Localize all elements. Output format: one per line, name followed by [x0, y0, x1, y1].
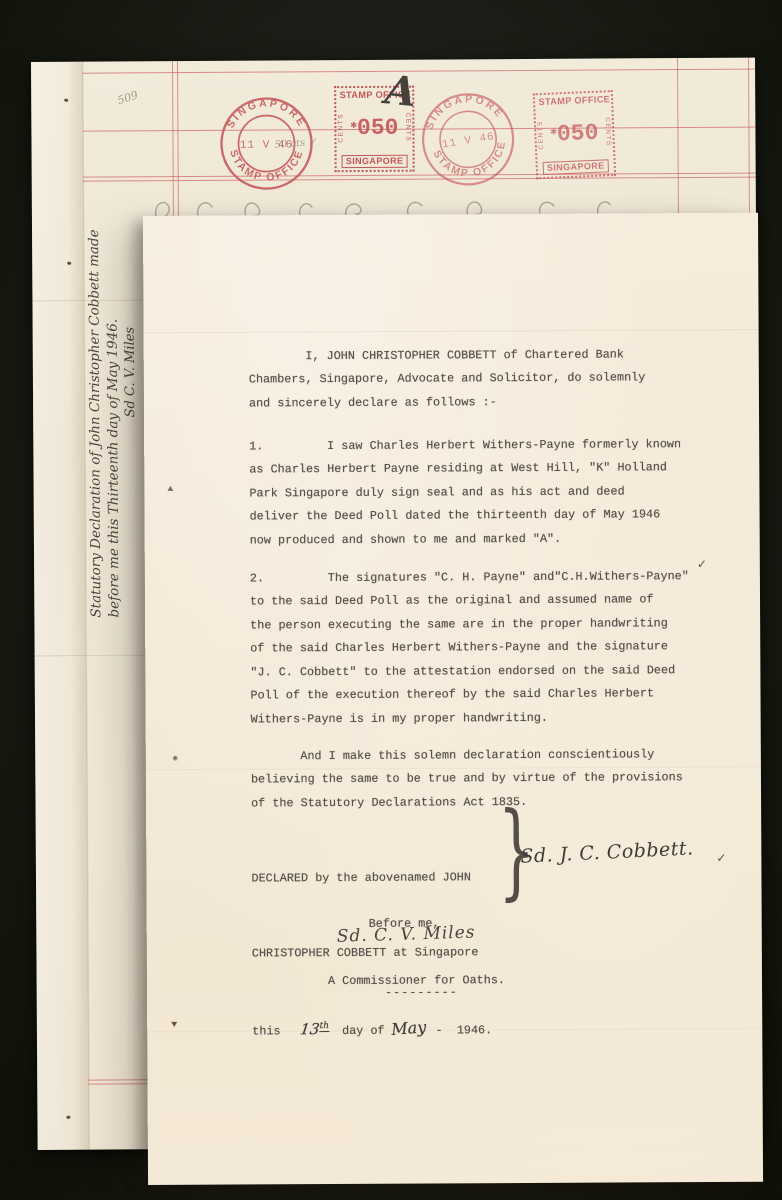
- pen-check-mark: ✓: [697, 557, 707, 571]
- attestation-year: - 1946.: [436, 1018, 493, 1043]
- attestation-day-of: day of: [342, 1019, 385, 1044]
- meter-footer: SINGAPORE: [342, 155, 408, 168]
- svg-text:SINGAPORE: SINGAPORE: [224, 97, 308, 130]
- ruled-line-horizontal: [82, 69, 755, 74]
- ink-tick: [171, 1022, 177, 1027]
- closing-paragraph: And I make this solemn declaration consc…: [251, 743, 683, 816]
- handwritten-day: 13: [299, 1017, 321, 1042]
- stamp-date: 11 V 46: [441, 131, 495, 151]
- pen-check-mark: ✓: [716, 851, 726, 865]
- ink-speck: [64, 99, 68, 102]
- handwritten-day-suffix: th: [320, 1022, 329, 1032]
- declaration-page: I, JOHN CHRISTOPHER COBBETT of Chartered…: [143, 213, 763, 1185]
- meter-amount: 050: [556, 120, 598, 148]
- paragraph-1: 1. I saw Charles Herbert Withers-Payne f…: [249, 433, 681, 553]
- signature-rule: ---------: [385, 981, 458, 1005]
- exhibit-mark-a: A: [383, 70, 418, 113]
- pencil-tick: [167, 486, 173, 491]
- meter-amount: 050: [357, 115, 399, 141]
- margin-annotation: Statutory Declaration of John Christophe…: [85, 235, 141, 617]
- meter-stamp-2: STAMP OFFICE CENTS ✱050 CENTS SINGAPORE: [533, 90, 616, 179]
- date-stamp-2: SINGAPORE STAMP OFFICE 11 V 46: [413, 84, 524, 199]
- ink-speck: [67, 262, 71, 265]
- meter-footer: SINGAPORE: [543, 159, 609, 175]
- meter-cents-left: CENTS: [338, 113, 346, 143]
- attestation-line1: DECLARED by the abovenamed JOHN: [251, 864, 681, 891]
- meter-cents-right: CENTS: [402, 113, 410, 143]
- pencil-number: 509: [116, 88, 140, 107]
- ink-speck: [66, 1116, 70, 1119]
- attestation-line2: CHRISTOPHER COBBETT at Singapore: [252, 939, 682, 966]
- opening-paragraph: I, JOHN CHRISTOPHER COBBETT of Chartered…: [249, 343, 646, 416]
- stamp-arc-top: SINGAPORE: [224, 97, 308, 130]
- pinhole: [173, 756, 178, 761]
- meter-value: ✱050: [350, 115, 398, 141]
- paper-crease: [144, 329, 759, 335]
- ruled-line-horizontal: [83, 177, 756, 182]
- binding-stub: [31, 62, 89, 1150]
- handwritten-month: May: [391, 1014, 428, 1042]
- margin-note-signature: Sd C. V. Miles: [121, 235, 141, 617]
- margin-note-line1: Statutory Declaration of John Christophe…: [85, 236, 105, 618]
- paragraph-2: 2. The signatures "C. H. Payne" and"C.H.…: [250, 565, 690, 732]
- margin-note-line2: before me this Thirteenth day of May 194…: [103, 235, 123, 617]
- photo-background: SINGAPORE STAMP OFFICE 11 V 46 STAMP OFF…: [0, 0, 782, 1200]
- meter-cents-left: CENTS: [538, 120, 547, 150]
- attestation-this: this: [252, 1019, 280, 1044]
- meter-cents-right: CENTS: [602, 117, 611, 147]
- attestation-line3: this 13 th day of May - 1946.: [252, 1014, 682, 1044]
- meter-value: ✱050: [550, 120, 599, 148]
